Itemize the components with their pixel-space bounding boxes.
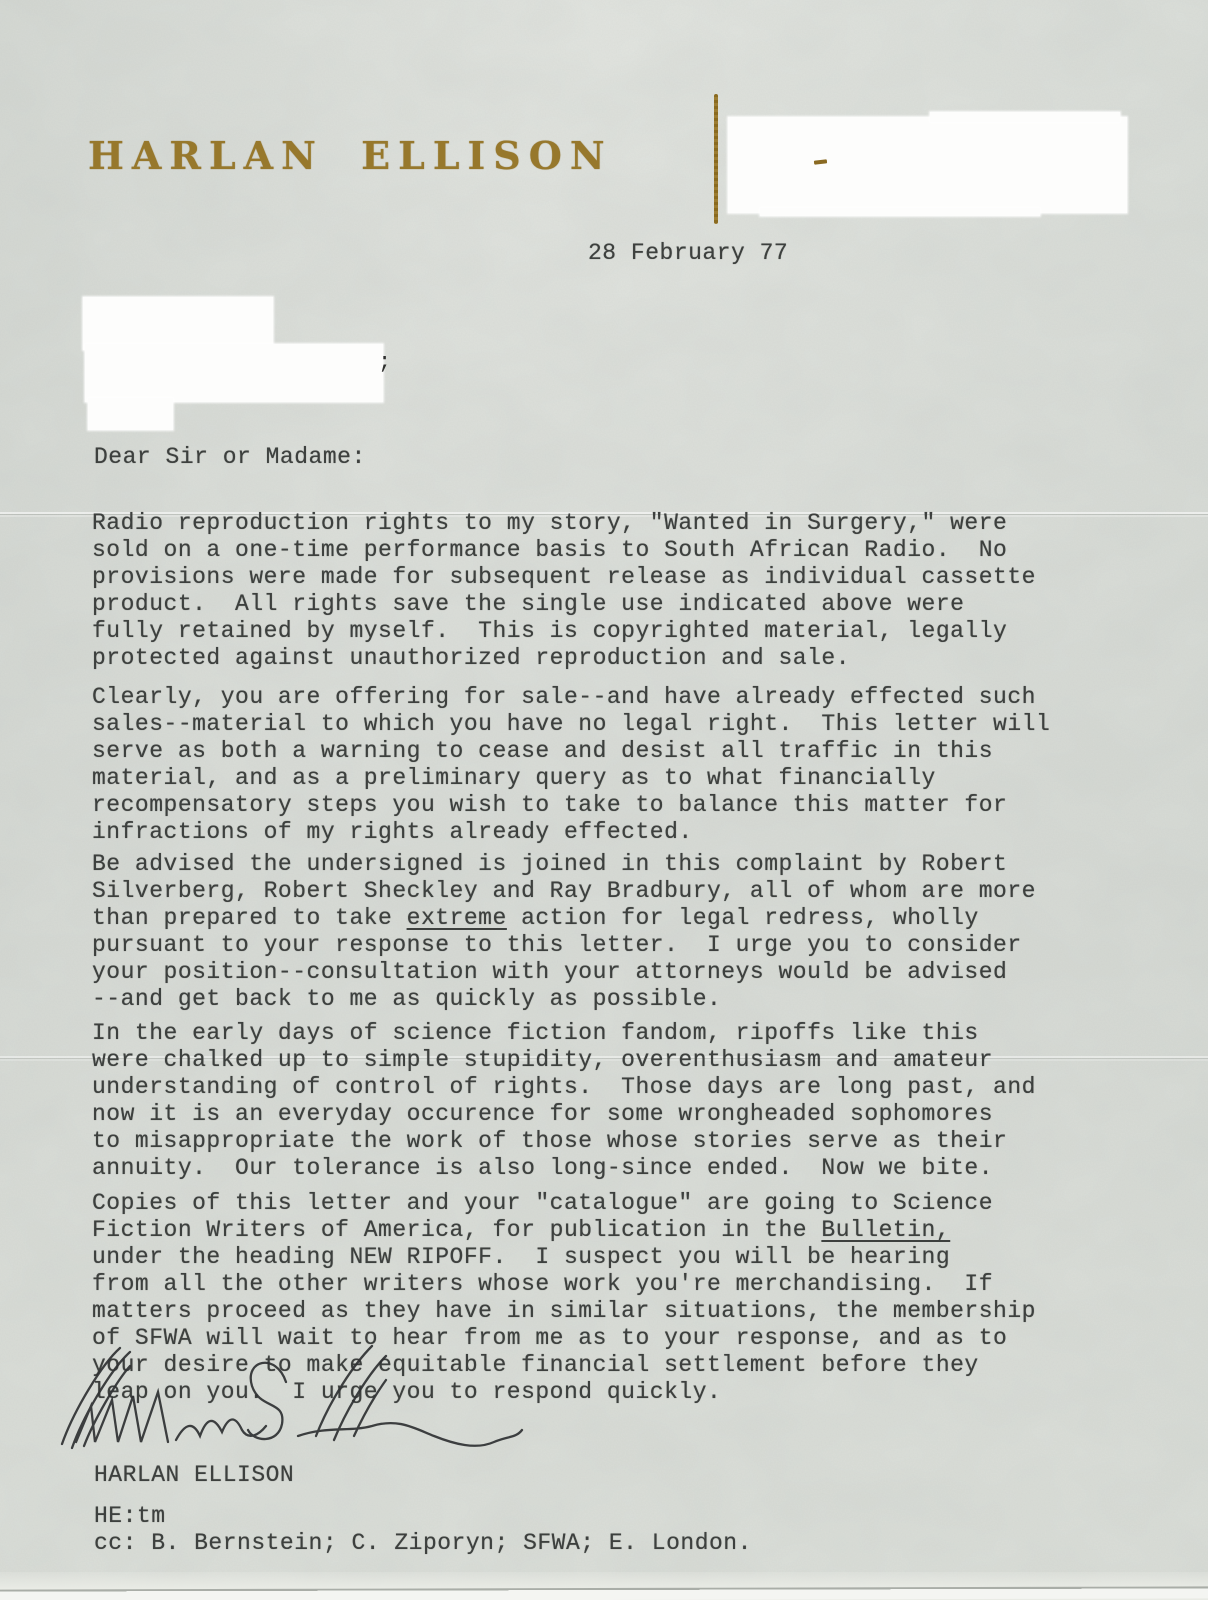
scanned-letter-page: HARLAN ELLISON 28 February 77 ; Dear Sir…: [0, 0, 1208, 1600]
underlined-word-extreme: extreme: [407, 905, 507, 931]
typed-signature-name: HARLAN ELLISON: [94, 1462, 294, 1489]
paragraph-5-text-cont: under the heading NEW RIPOFF. I suspect …: [92, 1244, 1036, 1405]
redacted-recipient-address2: [85, 344, 383, 402]
paragraph-3: Be advised the undersigned is joined in …: [92, 851, 1152, 1013]
paragraph-1: Radio reproduction rights to my story, "…: [92, 510, 1152, 672]
redacted-recipient-address: [83, 297, 273, 350]
redacted-sender-address: [728, 117, 1127, 213]
paragraph-2: Clearly, you are offering for sale--and …: [92, 684, 1152, 846]
recipient-stray-mark: ;: [378, 352, 391, 374]
date-line: 28 February 77: [588, 240, 788, 267]
redacted-sender-address-edge2: [760, 208, 1040, 216]
scan-bottom-edge-line: [0, 1586, 1208, 1600]
paragraph-5: Copies of this letter and your "catalogu…: [92, 1190, 1152, 1406]
reference-initials: HE:tm: [94, 1503, 166, 1530]
redacted-sender-address-edge: [930, 112, 1120, 122]
letterhead-name: HARLAN ELLISON: [88, 136, 613, 176]
letterhead-divider-rule: [714, 94, 718, 224]
redacted-recipient-address3: [88, 398, 173, 430]
salutation: Dear Sir or Madame:: [94, 444, 366, 471]
underlined-word-bulletin: Bulletin,: [821, 1217, 950, 1243]
paragraph-4: In the early days of science fiction fan…: [92, 1020, 1152, 1182]
scan-bottom-paper-edge: [0, 1572, 1208, 1600]
cc-line: cc: B. Bernstein; C. Ziporyn; SFWA; E. L…: [94, 1530, 752, 1557]
